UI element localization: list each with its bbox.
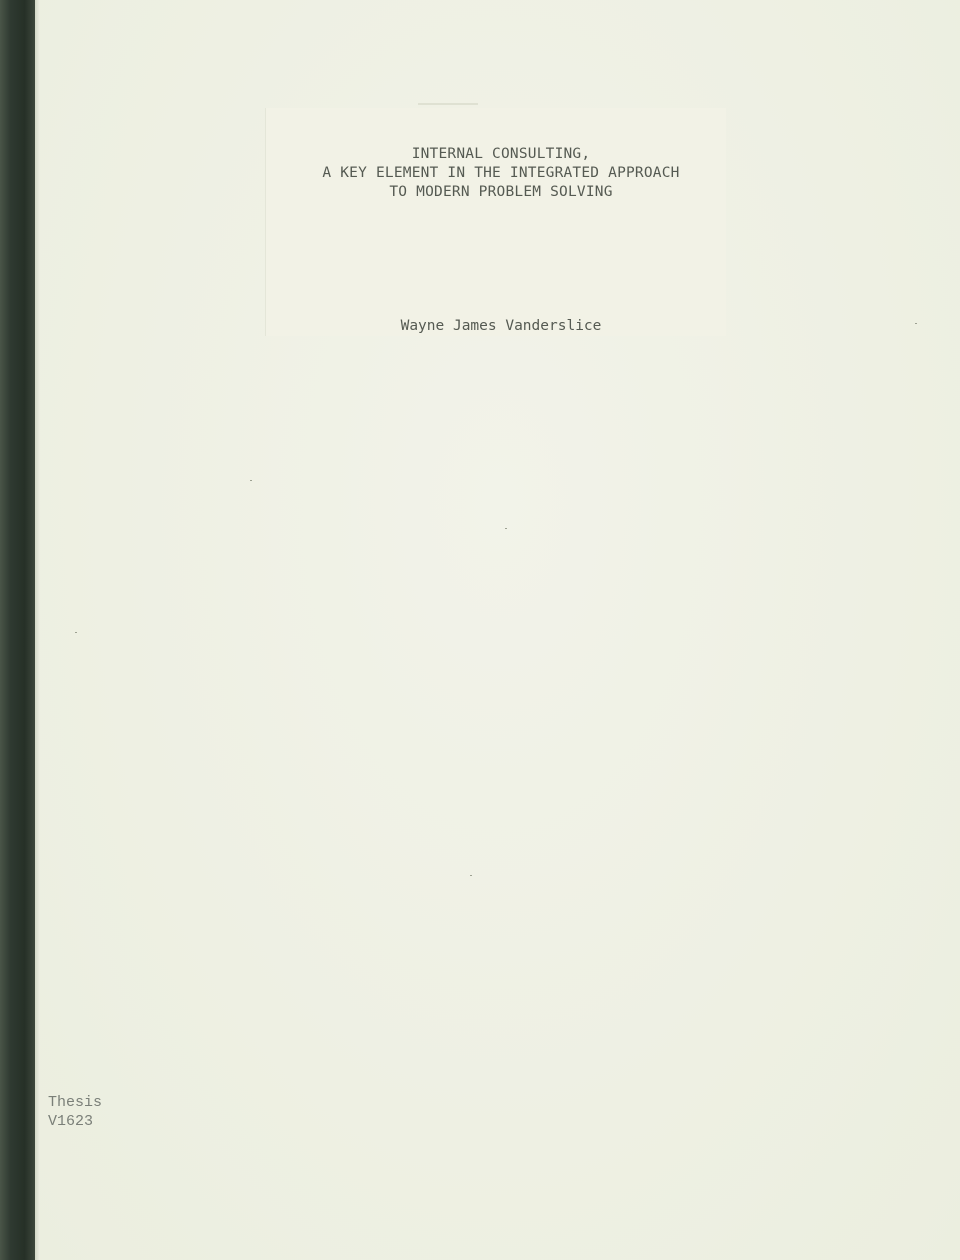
title-line-2: A KEY ELEMENT IN THE INTEGRATED APPROACH bbox=[0, 164, 960, 183]
title-label-window bbox=[265, 108, 726, 336]
paper-speck bbox=[250, 480, 252, 481]
label-mark bbox=[418, 103, 478, 105]
call-number-line-2: V1623 bbox=[48, 1112, 102, 1131]
paper-speck bbox=[505, 528, 507, 529]
paper-speck bbox=[915, 323, 917, 324]
call-number: Thesis V1623 bbox=[48, 1093, 102, 1131]
title-line-3: TO MODERN PROBLEM SOLVING bbox=[0, 183, 960, 202]
paper-speck bbox=[470, 875, 472, 876]
title-line-1: INTERNAL CONSULTING, bbox=[0, 145, 960, 164]
document-title: INTERNAL CONSULTING, A KEY ELEMENT IN TH… bbox=[0, 145, 960, 202]
paper-speck bbox=[75, 632, 77, 633]
author-name: Wayne James Vanderslice bbox=[0, 318, 960, 334]
call-number-line-1: Thesis bbox=[48, 1093, 102, 1112]
